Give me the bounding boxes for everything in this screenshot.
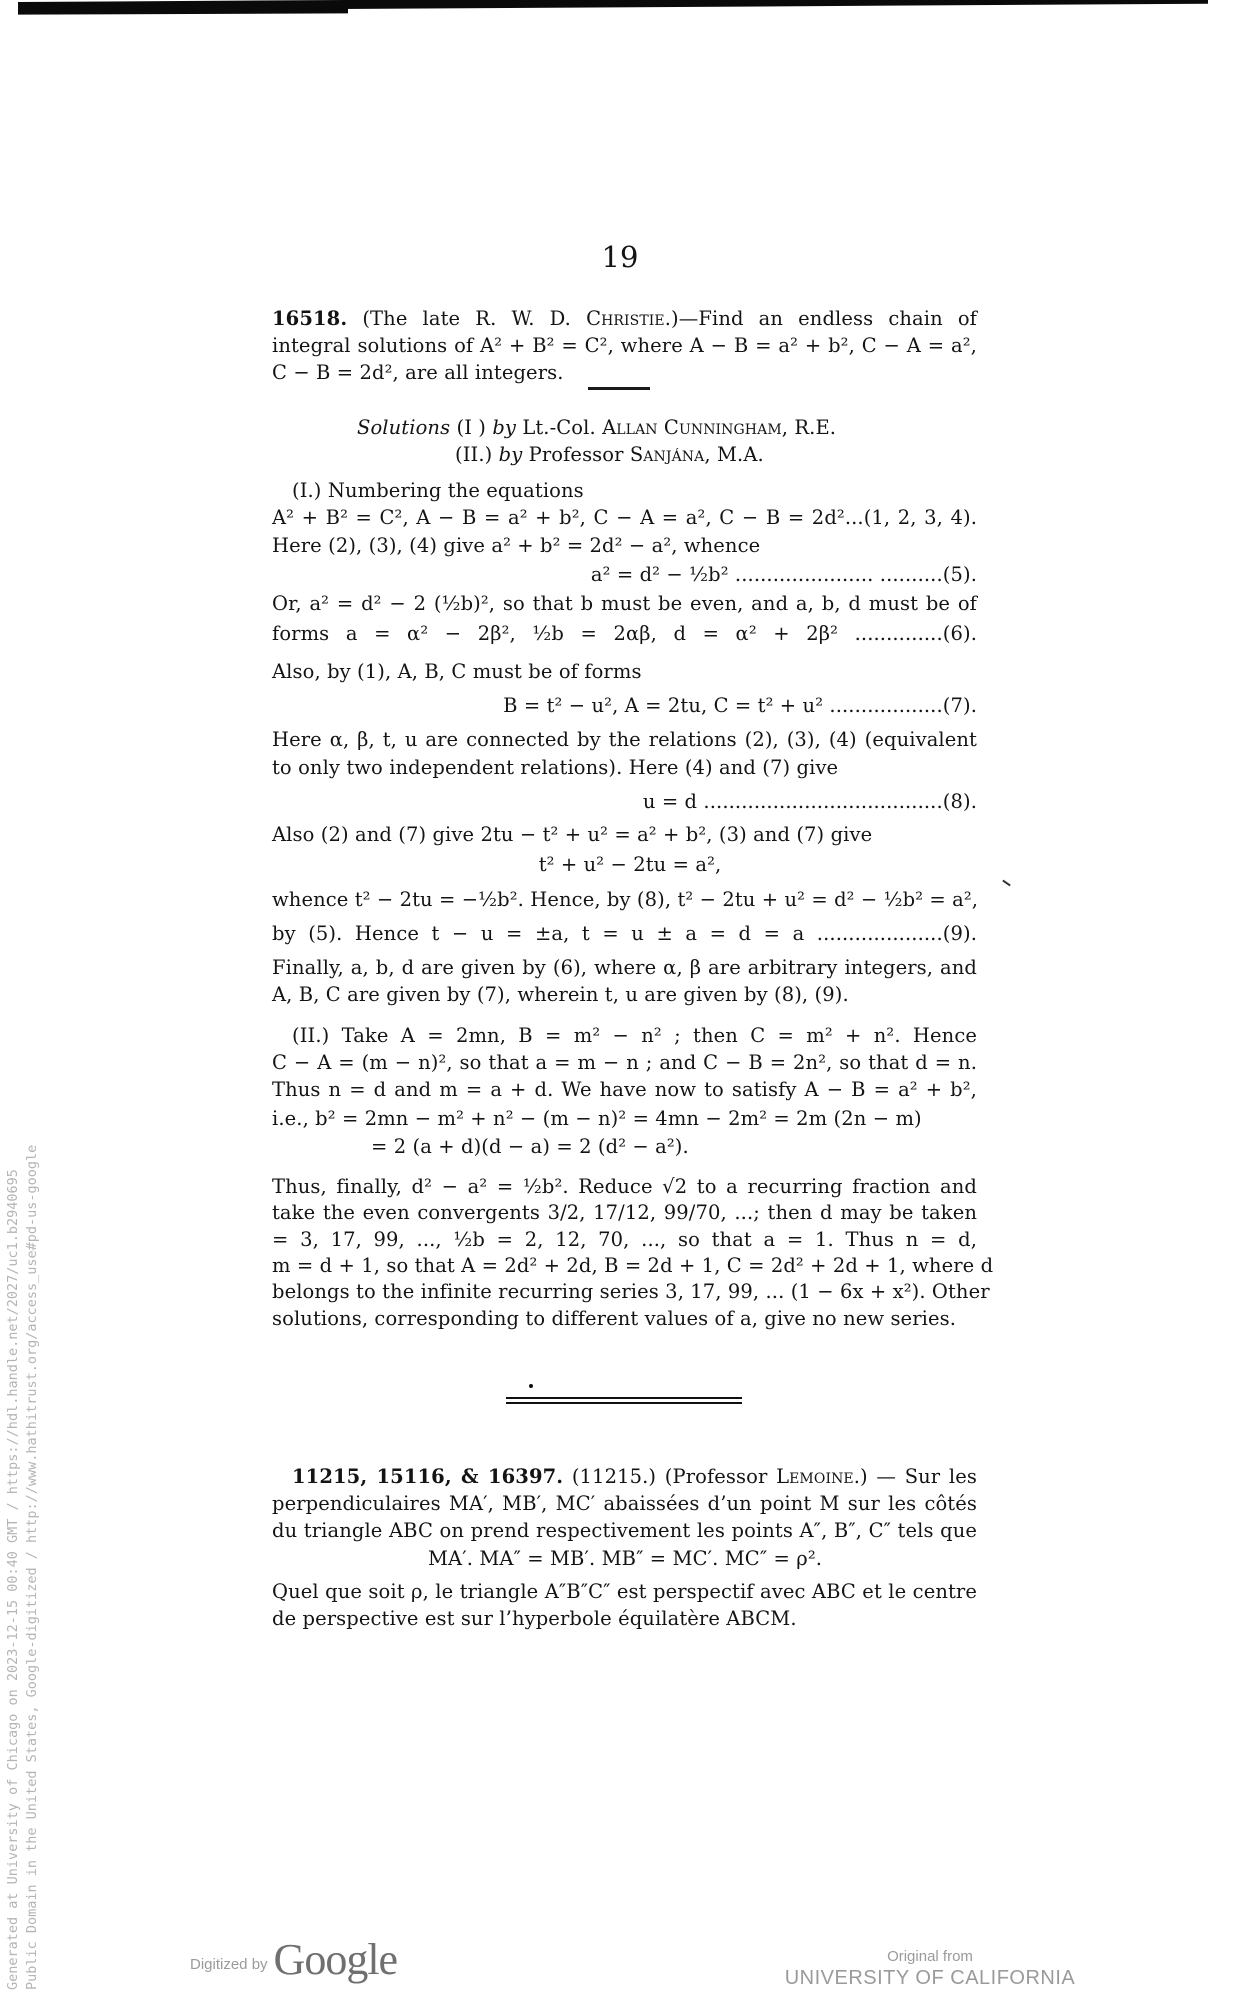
google-logo: Google: [274, 1934, 398, 1985]
proposer-name: Christie: [586, 307, 665, 330]
original-from: Original from UNIVERSITY OF CALIFORNIA: [780, 1948, 1080, 1990]
solution-2-line: (II.) Take A = 2mn, B = m² − n² ; then C…: [292, 1023, 977, 1049]
solution-1-line: whence t² − 2tu = −½b². Hence, by (8), t…: [272, 887, 977, 913]
solution-1-line: Here α, β, t, u are connected by the rel…: [272, 727, 977, 753]
solution-2-line: Thus n = d and m = a + d. We have now to…: [272, 1077, 977, 1103]
solutions-header-line-1: Solutions (I ) by Lt.-Col. Allan Cunning…: [357, 415, 917, 441]
problem-11215-line-1: 11215, 15116, & 16397. (11215.) (Profess…: [292, 1464, 977, 1490]
solution-1-line: Also, by (1), A, B, C must be of forms: [272, 659, 977, 685]
scan-edge-bar: [18, 0, 1208, 14]
proposer-name: Lemoine: [776, 1465, 854, 1488]
solutions-header-line-2: (II.) by Professor Sanjána, M.A.: [455, 442, 915, 468]
solver-name-1: Allan Cunningham: [602, 416, 782, 439]
digitized-by-google: Digitized by Google: [190, 1935, 397, 1985]
problem-numbers: 11215, 15116, & 16397.: [292, 1465, 563, 1488]
solution-2-line: take the even convergents 3/2, 17/12, 99…: [272, 1200, 977, 1226]
solution-1-equation-7: B = t² − u², A = 2tu, C = t² + u² ......…: [272, 693, 977, 719]
scan-speck: [1002, 880, 1011, 887]
solution-1-line: A² + B² = C², A − B = a² + b², C − A = a…: [272, 505, 977, 531]
problem-11215-line: perpendiculaires MA′, MB′, MC′ abaissées…: [272, 1491, 977, 1517]
solution-1-line: Also (2) and (7) give 2tu − t² + u² = a²…: [272, 822, 977, 848]
solution-1-line: Or, a² = d² − 2 (½b)², so that b must be…: [272, 591, 977, 617]
page-number: 19: [560, 240, 680, 274]
solver-name-2: Sanjána: [630, 443, 705, 466]
solution-1-line: Finally, a, b, d are given by (6), where…: [272, 955, 977, 981]
university-name: UNIVERSITY OF CALIFORNIA: [780, 1966, 1080, 1990]
solution-1-line: Here (2), (3), (4) give a² + b² = 2d² − …: [272, 533, 977, 559]
solution-2-line: C − A = (m − n)², so that a = m − n ; an…: [272, 1050, 977, 1076]
section-double-rule: [506, 1397, 742, 1404]
solution-1-equation-9: by (5). Hence t − u = ±a, t = u ± a = d …: [272, 921, 977, 947]
solution-1-equation: t² + u² − 2tu = a²,: [430, 852, 830, 878]
solution-2-line: = 3, 17, 99, ..., ½b = 2, 12, 70, ..., s…: [272, 1227, 977, 1253]
problem-16518-line-3: C − B = 2d², are all integers.: [272, 360, 977, 386]
solution-2-line: i.e., b² = 2mn − m² + n² − (m − n)² = 4m…: [272, 1106, 977, 1132]
problem-16518-line-1: 16518. (The late R. W. D. Christie.)—Fin…: [272, 306, 977, 332]
hathitrust-watermark: Generated at University of Chicago on 20…: [4, 1145, 42, 1990]
section-rule: [588, 387, 650, 390]
solution-1-equation-5: a² = d² − ½b² ...................... ...…: [272, 562, 977, 588]
solution-2-line: Thus, finally, d² − a² = ½b². Reduce √2 …: [272, 1174, 977, 1200]
solution-2-line: belongs to the infinite recurring series…: [272, 1279, 977, 1305]
problem-11215-equation: MA′. MA″ = MB′. MB″ = MC′. MC″ = ρ².: [360, 1546, 890, 1572]
solution-1-line: A, B, C are given by (7), wherein t, u a…: [272, 982, 977, 1008]
solution-2-line: = 2 (a + d)(d − a) = 2 (d² − a²).: [371, 1134, 971, 1160]
problem-number: 16518.: [272, 307, 347, 330]
scan-edge-band-lower: [18, 8, 348, 14]
problem-11215-line: Quel que soit ρ, le triangle A″B″C″ est …: [272, 1579, 977, 1605]
solution-2-line: solutions, corresponding to different va…: [272, 1306, 977, 1332]
solution-1-equation-6: forms a = α² − 2β², ½b = 2αβ, d = α² + 2…: [272, 621, 977, 647]
problem-11215-line: de perspective est sur l’hyperbole équil…: [272, 1606, 977, 1632]
problem-16518-line-2: integral solutions of A² + B² = C², wher…: [272, 333, 977, 359]
solution-1-line: (I.) Numbering the equations: [292, 478, 977, 504]
problem-11215-line: du triangle ABC on prend respectivement …: [272, 1518, 977, 1544]
separator-dot: [529, 1384, 533, 1388]
solution-1-line: to only two independent relations). Here…: [272, 755, 977, 781]
solution-1-equation-8: u = d ..................................…: [272, 789, 977, 815]
solution-2-line: m = d + 1, so that A = 2d² + 2d, B = 2d …: [272, 1253, 977, 1279]
